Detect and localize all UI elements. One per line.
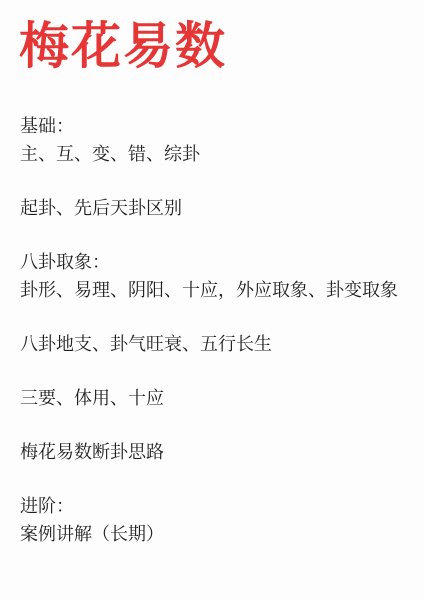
- section-trigram-imagery: 八卦取象： 卦形、易理、阴阳、十应，外应取象、卦变取象: [20, 249, 410, 305]
- document-body: 基础： 主、互、变、错、综卦 起卦、先后天卦区别 八卦取象： 卦形、易理、阴阳、…: [20, 113, 410, 575]
- section-casting: 起卦、先后天卦区别: [20, 195, 410, 223]
- section-heading-trigram-imagery: 八卦取象：: [20, 249, 410, 277]
- section-text-casting: 起卦、先后天卦区别: [20, 195, 410, 223]
- section-basics: 基础： 主、互、变、错、综卦: [20, 113, 410, 169]
- section-advanced: 进阶： 案例讲解（长期）: [20, 493, 410, 549]
- section-text-three-essentials: 三要、体用、十应: [20, 385, 410, 413]
- section-heading-advanced: 进阶：: [20, 493, 410, 521]
- section-text-advanced: 案例讲解（长期）: [20, 521, 410, 549]
- section-text-trigram-imagery: 卦形、易理、阴阳、十应，外应取象、卦变取象: [20, 277, 410, 305]
- section-heading-basics: 基础：: [20, 113, 410, 141]
- section-text-basics: 主、互、变、错、综卦: [20, 141, 410, 169]
- section-branches: 八卦地支、卦气旺衰、五行长生: [20, 331, 410, 359]
- section-reasoning: 梅花易数断卦思路: [20, 439, 410, 467]
- section-three-essentials: 三要、体用、十应: [20, 385, 410, 413]
- section-text-reasoning: 梅花易数断卦思路: [20, 439, 410, 467]
- section-text-branches: 八卦地支、卦气旺衰、五行长生: [20, 331, 410, 359]
- page-title: 梅花易数: [19, 14, 227, 78]
